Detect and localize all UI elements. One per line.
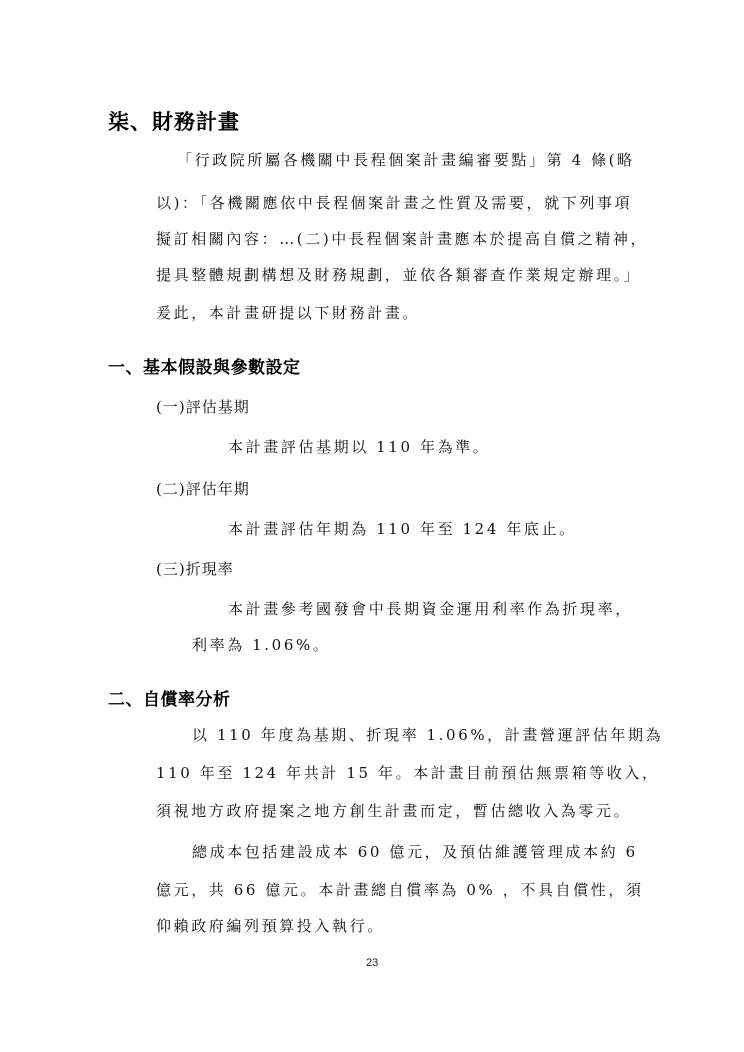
chapter-title: 柒、財務計畫 xyxy=(108,106,240,136)
subsection-heading-base-period: (一)評估基期 xyxy=(156,396,250,417)
subsection-heading-evaluation-period: (二)評估年期 xyxy=(156,478,250,499)
intro-line: 「行政院所屬各機關中長程個案計畫編審要點」第 4 條(略 xyxy=(177,149,635,170)
intro-line: 提具整體規劃構想及財務規劃，並依各類審查作業規定辦理。」 xyxy=(156,264,641,285)
intro-line: 擬訂相關內容：…(二)中長程個案計畫應本於提高自償之精神， xyxy=(156,228,648,249)
subsection-heading-discount-rate: (三)折現率 xyxy=(156,558,234,579)
section-title-self-liquidation: 二、自償率分析 xyxy=(108,685,231,710)
paragraph-line: 須視地方政府提案之地方創生計畫而定，暫估總收入為零元。 xyxy=(156,800,631,821)
paragraph-line: 仰賴政府編列預算投入執行。 xyxy=(156,915,385,936)
paragraph-line: 總成本包括建設成本 60 億元，及預估維護管理成本約 6 xyxy=(192,841,638,862)
paragraph-line: 以 110 年度為基期、折現率 1.06%，計畫營運評估年期為 xyxy=(192,724,663,745)
intro-line: 爰此，本計畫研提以下財務計畫。 xyxy=(156,302,420,323)
paragraph-line: 億元，共 66 億元。本計畫總自償率為 0% ，不具自償性，須 xyxy=(156,879,644,900)
paragraph-line: 110 年至 124 年共計 15 年。本計畫目前預估無票箱等收入， xyxy=(156,762,660,783)
subsection-body: 本計畫評估基期以 110 年為準。 xyxy=(228,436,490,457)
intro-line: 以)：「各機關應依中長程個案計畫之性質及需要，就下列事項 xyxy=(156,192,632,213)
subsection-body: 利率為 1.06%。 xyxy=(192,634,330,655)
subsection-body: 本計畫評估年期為 110 年至 124 年底止。 xyxy=(228,518,577,539)
subsection-body: 本計畫參考國發會中長期資金運用利率作為折現率， xyxy=(228,598,633,619)
section-title-basic-assumptions: 一、基本假設與參數設定 xyxy=(108,353,301,378)
page-number: 23 xyxy=(366,957,378,969)
